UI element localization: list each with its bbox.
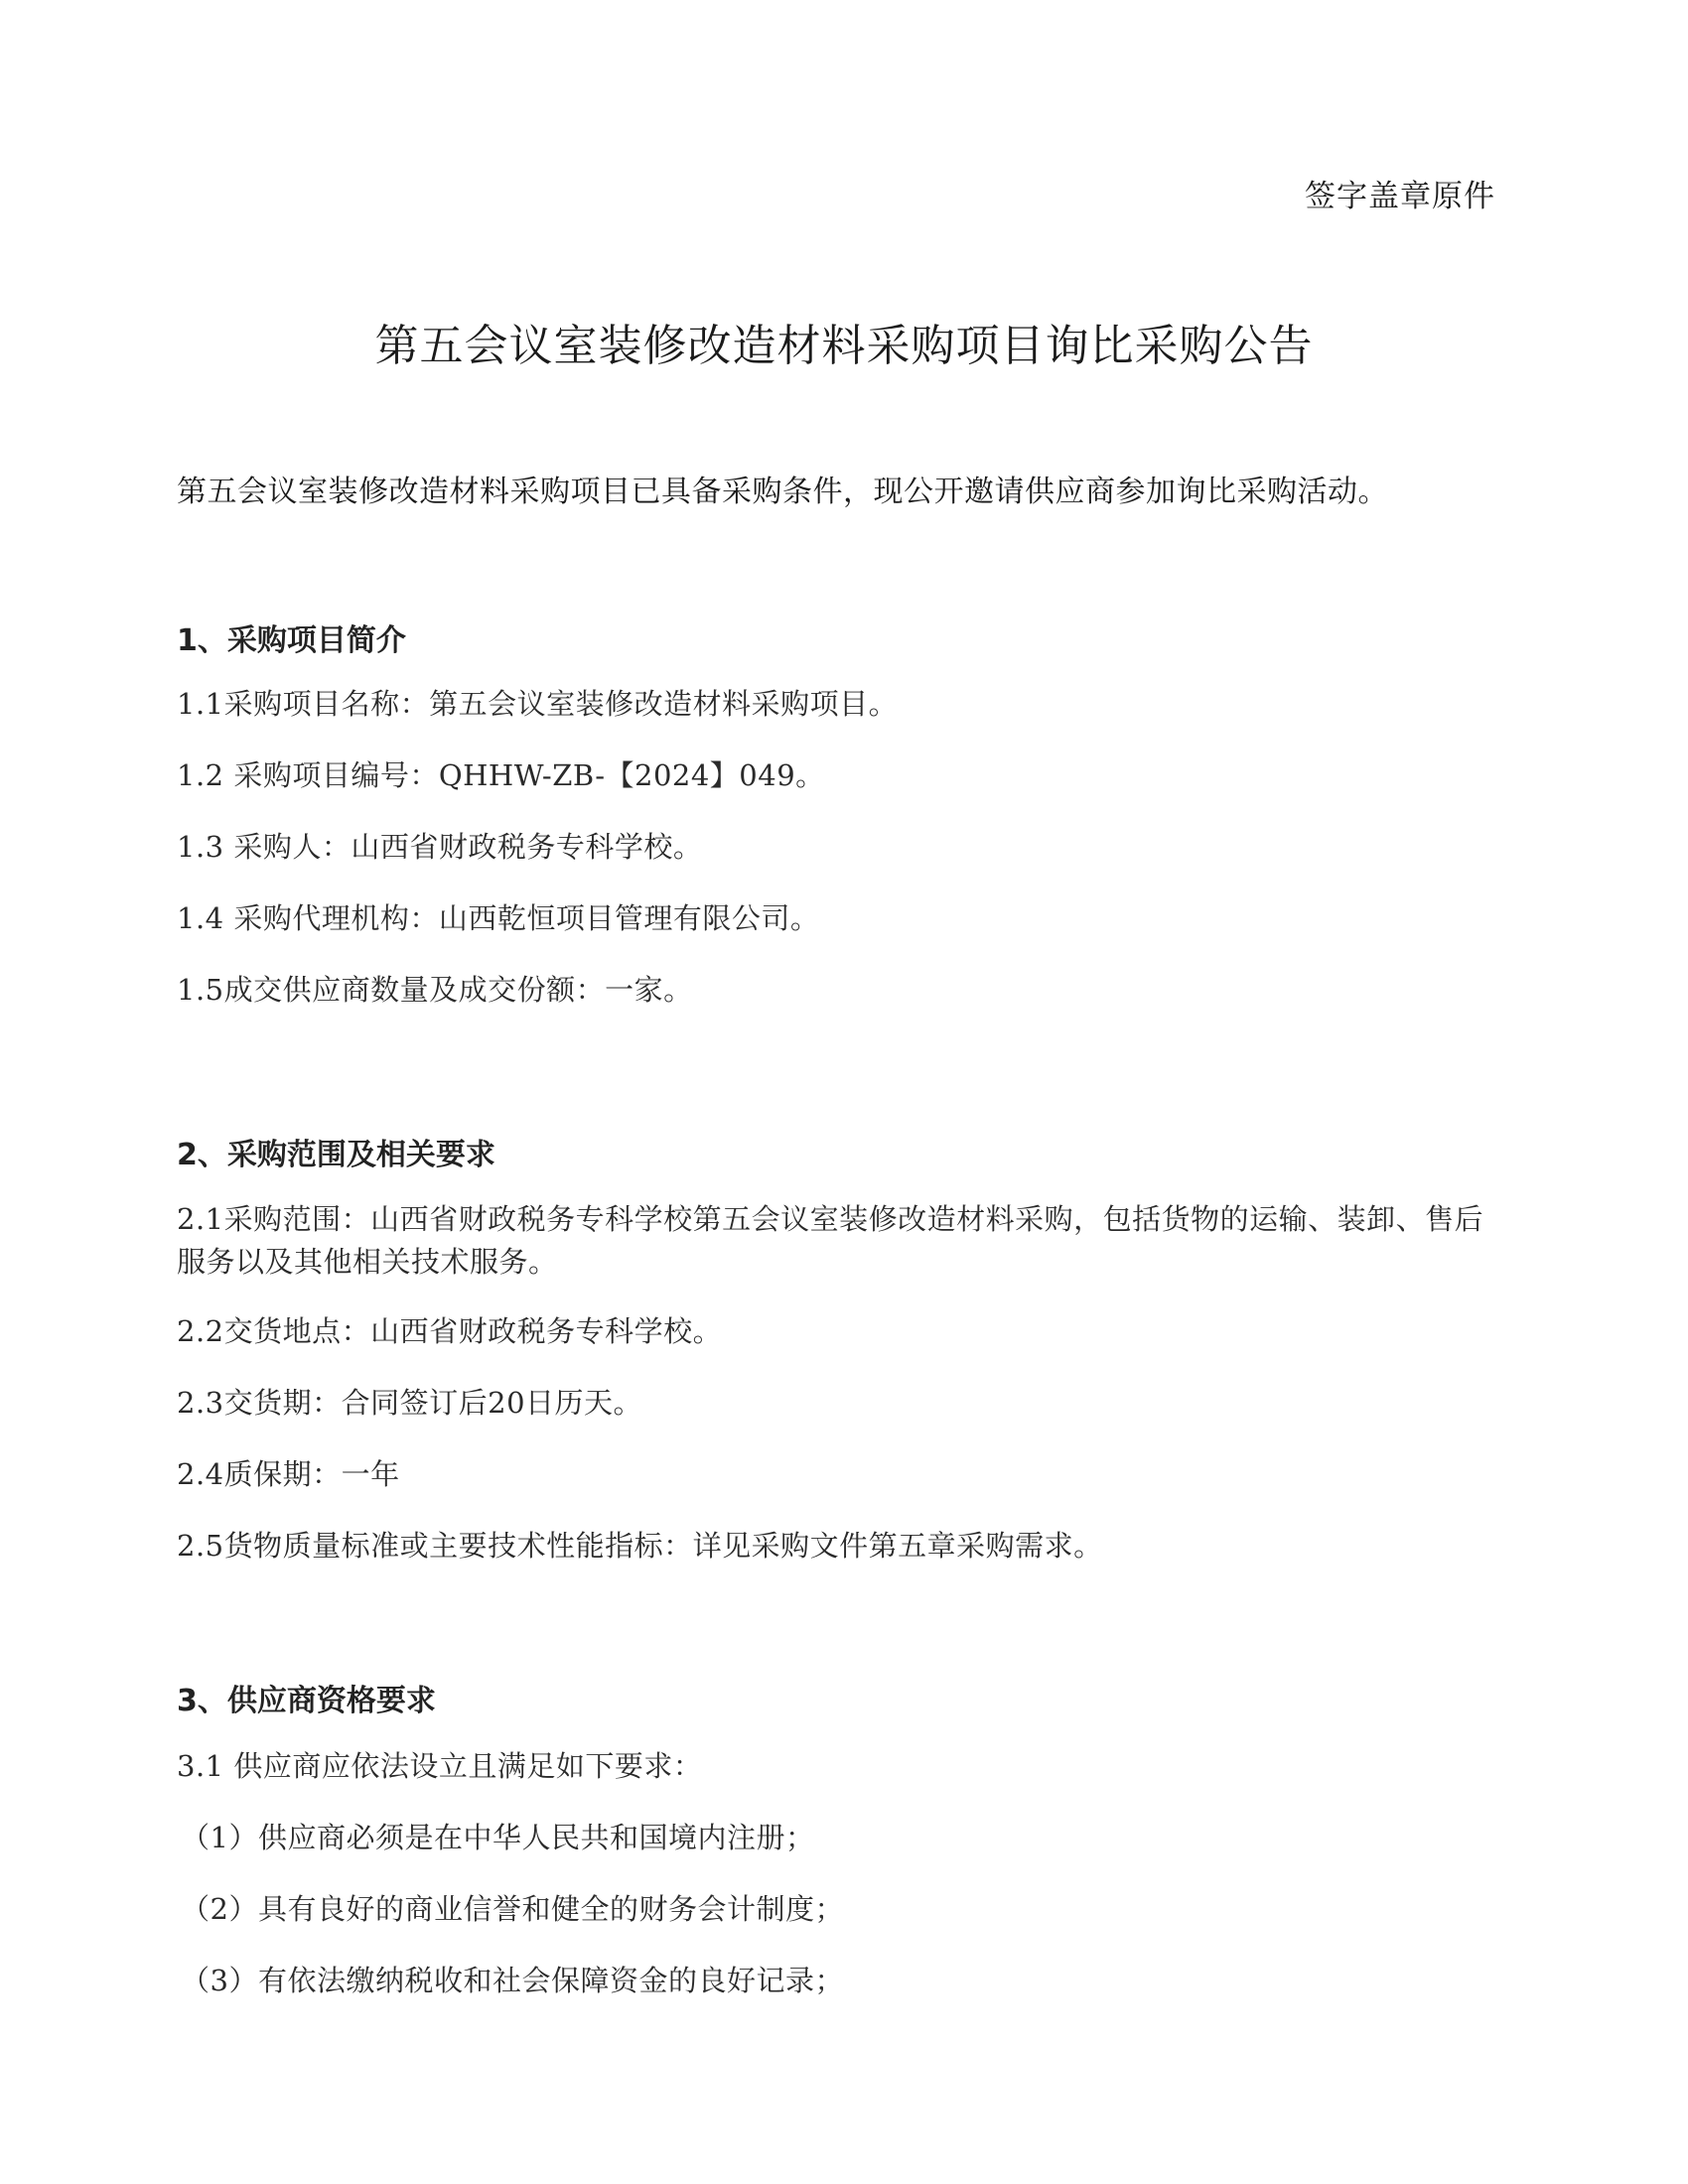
- item-2-1: 2.1采购范围：山西省财政税务专科学校第五会议室装修改造材料采购，包括货物的运输…: [177, 1198, 1507, 1284]
- section-heading-3: 3、供应商资格要求: [177, 1676, 436, 1719]
- stamp-note: 签字盖章原件: [1305, 171, 1495, 215]
- item-3-1-1: （1）供应商必须是在中华人民共和国境内注册；: [181, 1817, 814, 1859]
- item-2-2: 2.2交货地点：山西省财政税务专科学校。: [177, 1310, 722, 1353]
- item-1-4: 1.4 采购代理机构：山西乾恒项目管理有限公司。: [177, 897, 819, 940]
- item-2-3: 2.3交货期：合同签订后20日历天。: [177, 1382, 642, 1425]
- item-2-4: 2.4质保期：一年: [177, 1453, 400, 1496]
- page-title: 第五会议室装修改造材料采购项目询比采购公告: [0, 310, 1688, 373]
- section-heading-2: 2、采购范围及相关要求: [177, 1130, 495, 1173]
- item-1-1: 1.1采购项目名称：第五会议室装修改造材料采购项目。: [177, 683, 898, 726]
- item-1-2: 1.2 采购项目编号：QHHW-ZB-【2024】049。: [177, 754, 825, 797]
- section-heading-1: 1、采购项目简介: [177, 615, 406, 659]
- item-3-1: 3.1 供应商应依法设立且满足如下要求：: [177, 1745, 702, 1788]
- intro-paragraph: 第五会议室装修改造材料采购项目已具备采购条件，现公开邀请供应商参加询比采购活动。: [177, 467, 1388, 510]
- item-1-3: 1.3 采购人：山西省财政税务专科学校。: [177, 826, 702, 869]
- item-3-1-3: （3）有依法缴纳税收和社会保障资金的良好记录；: [181, 1960, 844, 2002]
- item-3-1-2: （2）具有良好的商业信誉和健全的财务会计制度；: [181, 1888, 844, 1931]
- item-1-5: 1.5成交供应商数量及成交份额：一家。: [177, 969, 693, 1012]
- item-2-5: 2.5货物质量标准或主要技术性能指标：详见采购文件第五章采购需求。: [177, 1525, 1103, 1568]
